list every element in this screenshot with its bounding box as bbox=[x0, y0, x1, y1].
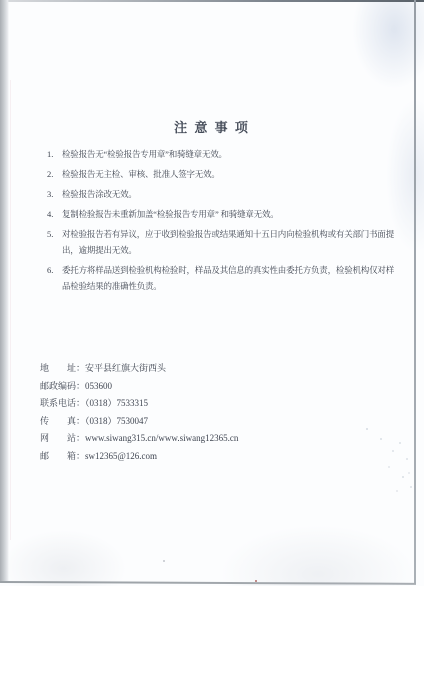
note-item: 1. 检验报告无“检验报告专用章”和骑缝章无效。 bbox=[47, 146, 395, 162]
notes-list: 1. 检验报告无“检验报告专用章”和骑缝章无效。 2. 检验报告无主检、审核、批… bbox=[47, 146, 395, 298]
note-number: 2. bbox=[47, 166, 62, 182]
contact-value: www.siwang315.cn/www.siwang12365.cn bbox=[85, 433, 238, 443]
note-text: 检验报告无主检、审核、批准人签字无效。 bbox=[62, 166, 395, 182]
contact-row-email: 邮 箱：sw12365@126.com bbox=[40, 450, 238, 462]
contact-label: 邮 箱： bbox=[40, 451, 85, 461]
contact-label: 地 址： bbox=[40, 363, 85, 373]
contact-label: 联系电话： bbox=[40, 398, 85, 408]
scan-artifact-dot bbox=[163, 560, 165, 562]
contact-block: 地 址：安平县红旗大街西头 邮政编码：053600 联系电话：（0318）753… bbox=[40, 362, 238, 467]
contact-label: 网 站： bbox=[40, 433, 85, 443]
note-text: 复制检验报告未重新加盖“检验报告专用章” 和骑缝章无效。 bbox=[62, 206, 395, 222]
contact-value: sw12365@126.com bbox=[85, 451, 157, 461]
contact-label: 邮政编码： bbox=[40, 381, 85, 391]
contact-value: 053600 bbox=[85, 381, 112, 391]
contact-row-postcode: 邮政编码：053600 bbox=[40, 380, 238, 392]
scan-artifact-speckles bbox=[366, 428, 368, 430]
contact-row-website: 网 站：www.siwang315.cn/www.siwang12365.cn bbox=[40, 432, 238, 444]
scan-artifact-dot bbox=[255, 580, 257, 582]
note-text: 委托方将样品送到检验机构检验时，样品及其信息的真实性由委托方负责，检验机构仅对样… bbox=[62, 262, 395, 294]
note-number: 4. bbox=[47, 206, 62, 222]
note-text: 检验报告涂改无效。 bbox=[62, 186, 395, 202]
note-text: 检验报告无“检验报告专用章”和骑缝章无效。 bbox=[62, 146, 395, 162]
contact-value: （0318）7533315 bbox=[85, 398, 148, 408]
contact-row-fax: 传 真：（0318）7530047 bbox=[40, 415, 238, 427]
scan-edge-left bbox=[0, 0, 9, 581]
contact-value: 安平县红旗大街西头 bbox=[85, 363, 166, 373]
scanned-page: 注 意 事 项 1. 检验报告无“检验报告专用章”和骑缝章无效。 2. 检验报告… bbox=[0, 0, 424, 586]
note-number: 3. bbox=[47, 186, 62, 202]
note-text: 对检验报告若有异议，应于收到检验报告或结果通知十五日内向检验机构或有关部门书面提… bbox=[62, 226, 395, 258]
page-title: 注 意 事 项 bbox=[0, 117, 424, 136]
contact-value: （0318）7530047 bbox=[85, 416, 148, 426]
contact-label: 传 真： bbox=[40, 416, 85, 426]
contact-row-phone: 联系电话：（0318）7533315 bbox=[40, 397, 238, 409]
note-number: 1. bbox=[47, 146, 62, 162]
contact-row-address: 地 址：安平县红旗大街西头 bbox=[40, 362, 238, 374]
note-item: 5. 对检验报告若有异议，应于收到检验报告或结果通知十五日内向检验机构或有关部门… bbox=[47, 226, 395, 258]
note-item: 4. 复制检验报告未重新加盖“检验报告专用章” 和骑缝章无效。 bbox=[47, 206, 395, 222]
scan-edge-bottom bbox=[0, 581, 416, 585]
scan-edge-right bbox=[414, 0, 416, 584]
scan-edge-top bbox=[0, 0, 424, 2]
note-item: 6. 委托方将样品送到检验机构检验时，样品及其信息的真实性由委托方负责，检验机构… bbox=[47, 262, 395, 294]
scan-artifact-line bbox=[10, 80, 11, 540]
note-number: 6. bbox=[47, 262, 62, 294]
note-item: 3. 检验报告涂改无效。 bbox=[47, 186, 395, 202]
note-number: 5. bbox=[47, 226, 62, 258]
note-item: 2. 检验报告无主检、审核、批准人签字无效。 bbox=[47, 166, 395, 182]
